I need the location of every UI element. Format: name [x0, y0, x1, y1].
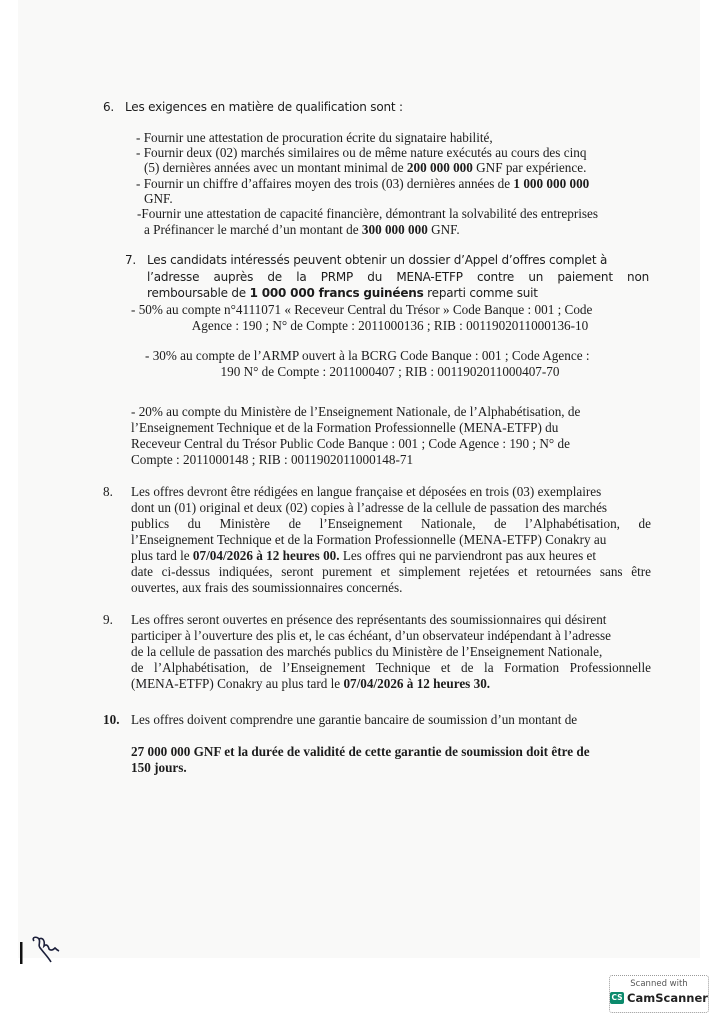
qualification-item-3-line2: GNF.	[144, 191, 173, 207]
payment-20-line2: l’Enseignement Technique et de la Format…	[131, 420, 558, 436]
qualification-item-2-line1: - Fournir deux (02) marchés similaires o…	[136, 145, 586, 161]
signature-initials	[18, 935, 78, 974]
section-9-line5: (MENA-ETFP) Conakry au plus tard le 07/0…	[131, 676, 490, 692]
section-7-number: 7.	[125, 253, 136, 269]
section-8-line7: ouvertes, aux frais des soumissionnaires…	[131, 580, 402, 596]
section-10-line1: Les offres doivent comprendre une garant…	[131, 712, 577, 728]
qualification-item-3-line1: - Fournir un chiffre d’affaires moyen de…	[136, 176, 589, 192]
section-10-bold-line2: 150 jours.	[131, 760, 187, 776]
section-8-line1: Les offres devront être rédigées en lang…	[131, 484, 651, 500]
qualification-item-4-line2: a Préfinancer le marché d’un montant de …	[144, 222, 460, 238]
section-8-line2: dont un (01) original et deux (02) copie…	[131, 500, 651, 516]
scanned-with-label: Scanned with	[610, 979, 708, 989]
section-8-line3: publics du Ministère de l’Enseignement N…	[131, 516, 651, 532]
camscanner-brand: CS CamScanner	[610, 991, 708, 1005]
payment-30-line2: 190 N° de Compte : 2011000407 ; RIB : 00…	[130, 364, 650, 380]
section-8-number: 8.	[103, 484, 113, 500]
section-9-line1: Les offres seront ouvertes en présence d…	[131, 612, 651, 628]
section-7-line2: l’adresse auprès de la PRMP du MENA-ETFP…	[147, 270, 649, 286]
payment-20-line1: - 20% au compte du Ministère de l’Enseig…	[131, 404, 580, 420]
section-6-number: 6.	[103, 100, 114, 116]
section-9-line4: de l’Alphabétisation, de l’Enseignement …	[131, 660, 651, 676]
camscanner-logo-icon: CS	[610, 992, 624, 1004]
qualification-item-4-line1: -Fournir une attestation de capacité fin…	[137, 206, 598, 222]
camscanner-watermark: Scanned with CS CamScanner	[609, 975, 709, 1013]
section-8-line6: date ci-dessus indiquées, seront puremen…	[131, 564, 651, 580]
signature-icon	[18, 935, 78, 969]
section-9-line3: de la cellule de passation des marchés p…	[131, 644, 651, 660]
section-9-number: 9.	[103, 612, 113, 628]
payment-30-line1: - 30% au compte de l’ARMP ouvert à la BC…	[145, 348, 590, 364]
camscanner-brand-name: CamScanner	[627, 991, 708, 1005]
payment-50-line2: Agence : 190 ; N° de Compte : 2011000136…	[130, 318, 650, 334]
payment-20-line4: Compte : 2011000148 ; RIB : 001190201100…	[131, 452, 413, 468]
section-6-heading: Les exigences en matière de qualificatio…	[125, 100, 403, 116]
section-7-line1: Les candidats intéressés peuvent obtenir…	[147, 253, 649, 269]
section-9-line2: participer à l’ouverture des plis et, le…	[131, 628, 651, 644]
qualification-item-2-line2: (5) dernières années avec un montant min…	[144, 160, 586, 176]
section-8-line4: l’Enseignement Technique et de la Format…	[131, 532, 651, 548]
section-10-number: 10.	[103, 712, 119, 728]
payment-50-line1: - 50% au compte n°4111071 « Receveur Cen…	[131, 302, 592, 318]
section-10-bold-line1: 27 000 000 GNF et la durée de validité d…	[131, 744, 590, 760]
qualification-item-1: - Fournir une attestation de procuration…	[136, 130, 493, 146]
section-7-line3: remboursable de 1 000 000 francs guinéen…	[147, 286, 538, 302]
payment-20-line3: Receveur Central du Trésor Public Code B…	[131, 436, 570, 452]
section-8-line5: plus tard le 07/04/2026 à 12 heures 00. …	[131, 548, 651, 564]
